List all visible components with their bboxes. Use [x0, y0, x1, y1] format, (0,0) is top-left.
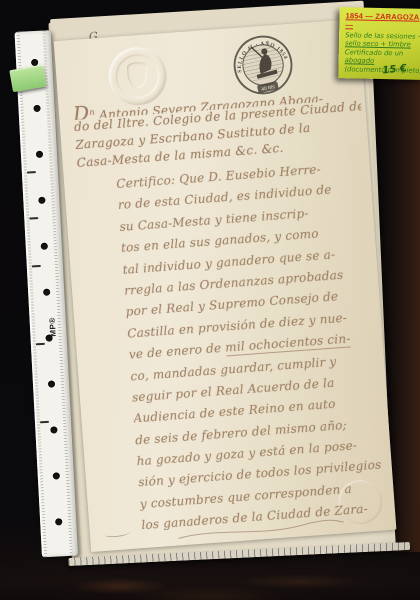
index-dash	[32, 265, 41, 267]
punch-hole	[38, 197, 45, 204]
punch-hole	[53, 472, 60, 479]
table-reflection	[0, 554, 420, 600]
punch-hole	[50, 426, 57, 433]
punch-hole	[33, 105, 40, 112]
pencil-annotation	[105, 529, 131, 538]
index-dash	[27, 171, 36, 173]
manuscript-sheet: SELLO 4º · AÑO 1854 40 Ms Dn Antonio Sev…	[54, 19, 397, 552]
index-dash	[40, 421, 49, 423]
document-sleeve: MP® G	[10, 0, 417, 572]
note-header: 1854 — ZARAGOZA —	[345, 11, 420, 31]
body-lines-upper: Certifico: Que D. Eusebio Herre-ro de es…	[116, 159, 380, 348]
photo-background: MP® G	[0, 0, 420, 600]
index-dash	[36, 343, 45, 345]
punch-hole	[55, 518, 62, 525]
punch-hole	[43, 289, 50, 296]
sleeve-brand-label: MP®	[48, 317, 58, 337]
index-dash	[29, 217, 38, 219]
punch-hole	[41, 243, 48, 250]
punch-hole	[48, 380, 55, 387]
drop-initial: D	[72, 101, 90, 120]
punch-hole	[36, 151, 43, 158]
price-sticky-note: 1854 — ZARAGOZA — Sello de las sesiones …	[338, 7, 420, 80]
